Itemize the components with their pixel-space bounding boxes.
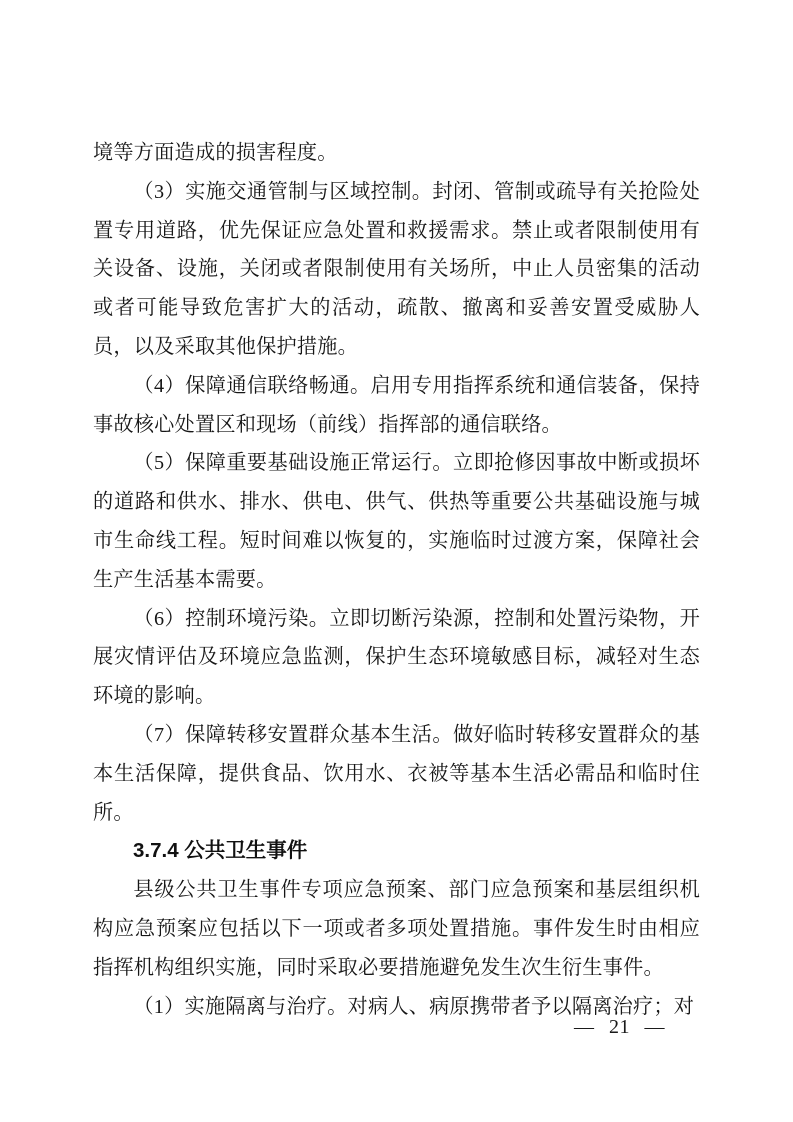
section-heading-3-7-4: 3.7.4 公共卫生事件 [93, 832, 700, 871]
document-page: 境等方面造成的损害程度。 （3）实施交通管制与区域控制。封闭、管制或疏导有关抢险… [0, 0, 793, 1122]
paragraph-item-7: （7）保障转移安置群众基本生活。做好临时转移安置群众的基本生活保障，提供食品、饮… [93, 716, 700, 832]
paragraph-item-3: （3）实施交通管制与区域控制。封闭、管制或疏导有关抢险处置专用道路，优先保证应急… [93, 173, 700, 367]
paragraph-continuation: 境等方面造成的损害程度。 [93, 134, 700, 173]
paragraph-item-6: （6）控制环境污染。立即切断污染源，控制和处置污染物，开展灾情评估及环境应急监测… [93, 600, 700, 716]
page-number: — 21 — [574, 1013, 665, 1041]
paragraph-item-5: （5）保障重要基础设施正常运行。立即抢修因事故中断或损坏的道路和供水、排水、供电… [93, 444, 700, 599]
document-body: 境等方面造成的损害程度。 （3）实施交通管制与区域控制。封闭、管制或疏导有关抢险… [93, 134, 700, 1026]
paragraph-item-4: （4）保障通信联络畅通。启用专用指挥系统和通信装备，保持事故核心处置区和现场（前… [93, 367, 700, 445]
paragraph-public-health-intro: 县级公共卫生事件专项应急预案、部门应急预案和基层组织机构应急预案应包括以下一项或… [93, 871, 700, 987]
